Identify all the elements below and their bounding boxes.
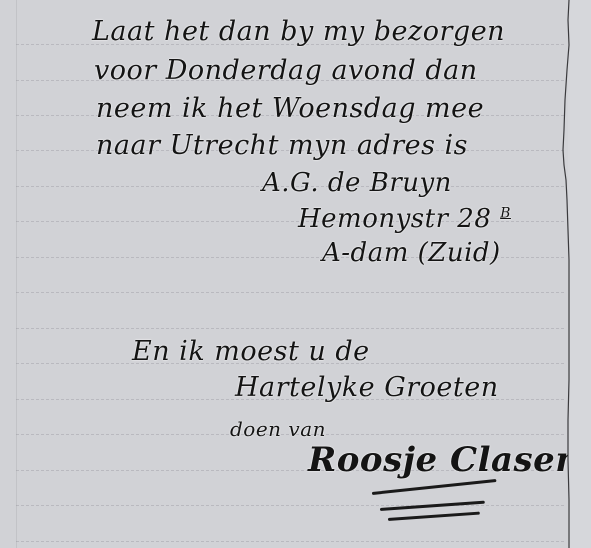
signature: Roosje Clasen xyxy=(308,440,568,480)
closing-line-1: En ik moest u de xyxy=(132,336,370,367)
address-city: A-dam (Zuid) xyxy=(322,238,501,268)
torn-paper-edge xyxy=(560,0,574,548)
letter-page: Laat het dan by my bezorgen voor Donderd… xyxy=(0,0,568,548)
closing-line-3: doen van xyxy=(230,417,326,441)
ruled-line xyxy=(16,328,564,329)
ruled-line xyxy=(16,541,564,542)
margin-line xyxy=(16,0,17,548)
body-line-3: neem ik het Woensdag mee xyxy=(96,93,484,124)
address-street-text: Hemonystr 28 xyxy=(298,204,491,234)
body-line-1: Laat het dan by my bezorgen xyxy=(92,16,505,47)
closing-line-2: Hartelyke Groeten xyxy=(235,372,499,403)
body-line-2: voor Donderdag avond dan xyxy=(94,55,478,86)
ruled-line xyxy=(16,505,564,506)
address-street-suffix: B xyxy=(500,205,511,221)
body-line-4: naar Utrecht myn adres is xyxy=(96,130,468,161)
address-street: Hemonystr 28 B xyxy=(298,204,511,234)
signature-underline xyxy=(372,479,497,495)
ruled-line xyxy=(16,292,564,293)
signature-underline xyxy=(388,512,480,521)
address-name: A.G. de Bruyn xyxy=(262,168,452,198)
